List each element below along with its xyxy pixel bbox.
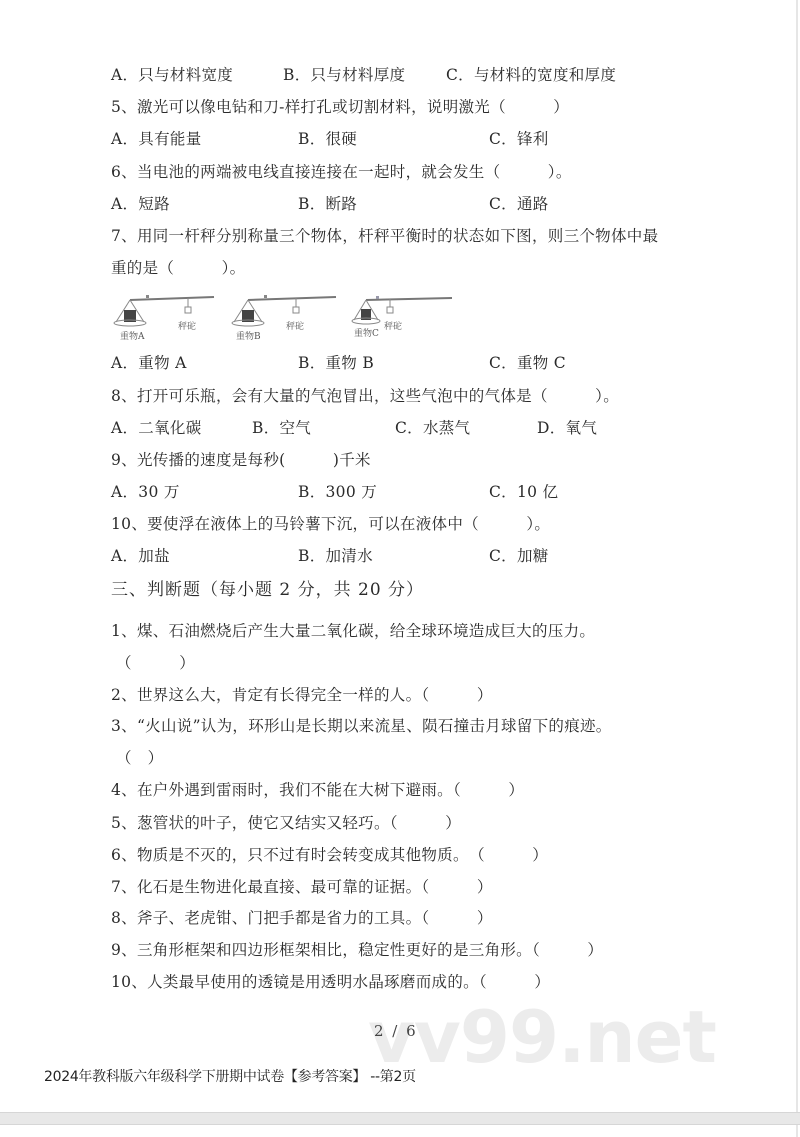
question-6: 6、当电池的两端被电线直接连接在一起时，就会发生（ ）。	[111, 162, 572, 182]
tf-item-3-blank: （ ）	[116, 748, 163, 768]
steelyard-b: 重物B 秤砣	[228, 292, 343, 344]
q5-option-b: B．很硬	[298, 129, 357, 149]
q6-option-a: A．短路	[111, 194, 170, 214]
q8-option-b: B．空气	[252, 418, 311, 438]
document-page: A．只与材料宽度 B．只与材料厚度 C．与材料的宽度和厚度 5、激光可以像电钻和…	[0, 0, 798, 1112]
q7-option-b: B．重物 B	[298, 353, 374, 373]
q5-option-c: C．锋利	[489, 129, 549, 149]
q5-option-a: A．具有能量	[111, 129, 202, 149]
tf-item-3: 3、“火山说”认为，环形山是长期以来流星、陨石撞击月球留下的痕迹。	[111, 716, 612, 736]
tf-item-9: 9、三角形框架和四边形框架相比，稳定性更好的是三角形。（ ）	[111, 940, 603, 960]
steelyard-b-weight-label: 秤砣	[286, 319, 304, 332]
q4-option-c: C．与材料的宽度和厚度	[446, 65, 616, 85]
q8-option-d: D．氧气	[537, 418, 597, 438]
q7-option-c: C．重物 C	[489, 353, 566, 373]
question-7-line-2: 重的是（ ）。	[111, 258, 245, 278]
steelyard-a-icon	[110, 292, 225, 332]
q10-option-c: C．加糖	[489, 546, 549, 566]
q4-option-a: A．只与材料宽度	[111, 65, 233, 85]
watermark: vv99.net	[368, 995, 716, 1079]
q6-option-c: C．通路	[489, 194, 549, 214]
footer-document-title: 2024年教科版六年级科学下册期中试卷【参考答案】 --第2页	[44, 1066, 416, 1086]
tf-item-5: 5、葱管状的叶子，使它又结实又轻巧。（ ）	[111, 813, 461, 833]
page-number: 2 / 6	[374, 1022, 418, 1040]
q6-option-b: B．断路	[298, 194, 357, 214]
question-7-line-1: 7、用同一杆秤分别称量三个物体，杆秤平衡时的状态如下图，则三个物体中最	[111, 226, 658, 246]
tf-item-1: 1、煤、石油燃烧后产生大量二氧化碳，给全球环境造成巨大的压力。	[111, 621, 595, 641]
q9-option-c: C．10 亿	[489, 482, 558, 502]
section-3-title: 三、判断题（每小题 2 分，共 20 分）	[111, 580, 424, 600]
tf-item-4: 4、在户外遇到雷雨时，我们不能在大树下避雨。（ ）	[111, 780, 524, 800]
question-5: 5、激光可以像电钻和刀-样打孔或切割材料，说明激光（ ）	[111, 97, 569, 117]
tf-item-8: 8、斧子、老虎钳、门把手都是省力的工具。（ ）	[111, 908, 493, 928]
q8-option-a: A．二氧化碳	[111, 418, 202, 438]
steelyard-c-label: 重物C	[354, 326, 379, 339]
next-page-edge	[0, 1125, 798, 1137]
page-separator	[0, 1112, 800, 1125]
tf-item-7: 7、化石是生物进化最直接、最可靠的证据。（ ）	[111, 877, 493, 897]
question-10: 10、要使浮在液体上的马铃薯下沉，可以在液体中（ ）。	[111, 514, 550, 534]
q7-option-a: A．重物 A	[111, 353, 187, 373]
q9-option-b: B．300 万	[298, 482, 377, 502]
q8-option-c: C．水蒸气	[395, 418, 470, 438]
tf-item-6: 6、物质是不灭的，只不过有时会转变成其他物质。 （ ）	[111, 845, 548, 865]
q10-option-b: B．加清水	[298, 546, 373, 566]
tf-item-2: 2、世界这么大，肯定有长得完全一样的人。（ ）	[111, 685, 493, 705]
steelyard-figure: 重物A 秤砣 重物B 秤砣	[110, 292, 455, 344]
q4-option-b: B．只与材料厚度	[283, 65, 405, 85]
steelyard-c: 重物C 秤砣	[346, 292, 461, 344]
tf-item-1-blank: （ ）	[116, 653, 195, 673]
steelyard-c-weight-label: 秤砣	[384, 319, 402, 332]
steelyard-b-label: 重物B	[236, 329, 261, 342]
steelyard-a: 重物A 秤砣	[110, 292, 225, 344]
steelyard-a-label: 重物A	[120, 329, 145, 342]
q9-option-a: A．30 万	[111, 482, 180, 502]
steelyard-a-weight-label: 秤砣	[178, 319, 196, 332]
q10-option-a: A．加盐	[111, 546, 170, 566]
question-8: 8、打开可乐瓶，会有大量的气泡冒出，这些气泡中的气体是（ ）。	[111, 386, 619, 406]
question-9: 9、光传播的速度是每秒( )千米	[111, 450, 371, 470]
tf-item-10: 10、人类最早使用的透镜是用透明水晶琢磨而成的。（ ）	[111, 972, 550, 992]
